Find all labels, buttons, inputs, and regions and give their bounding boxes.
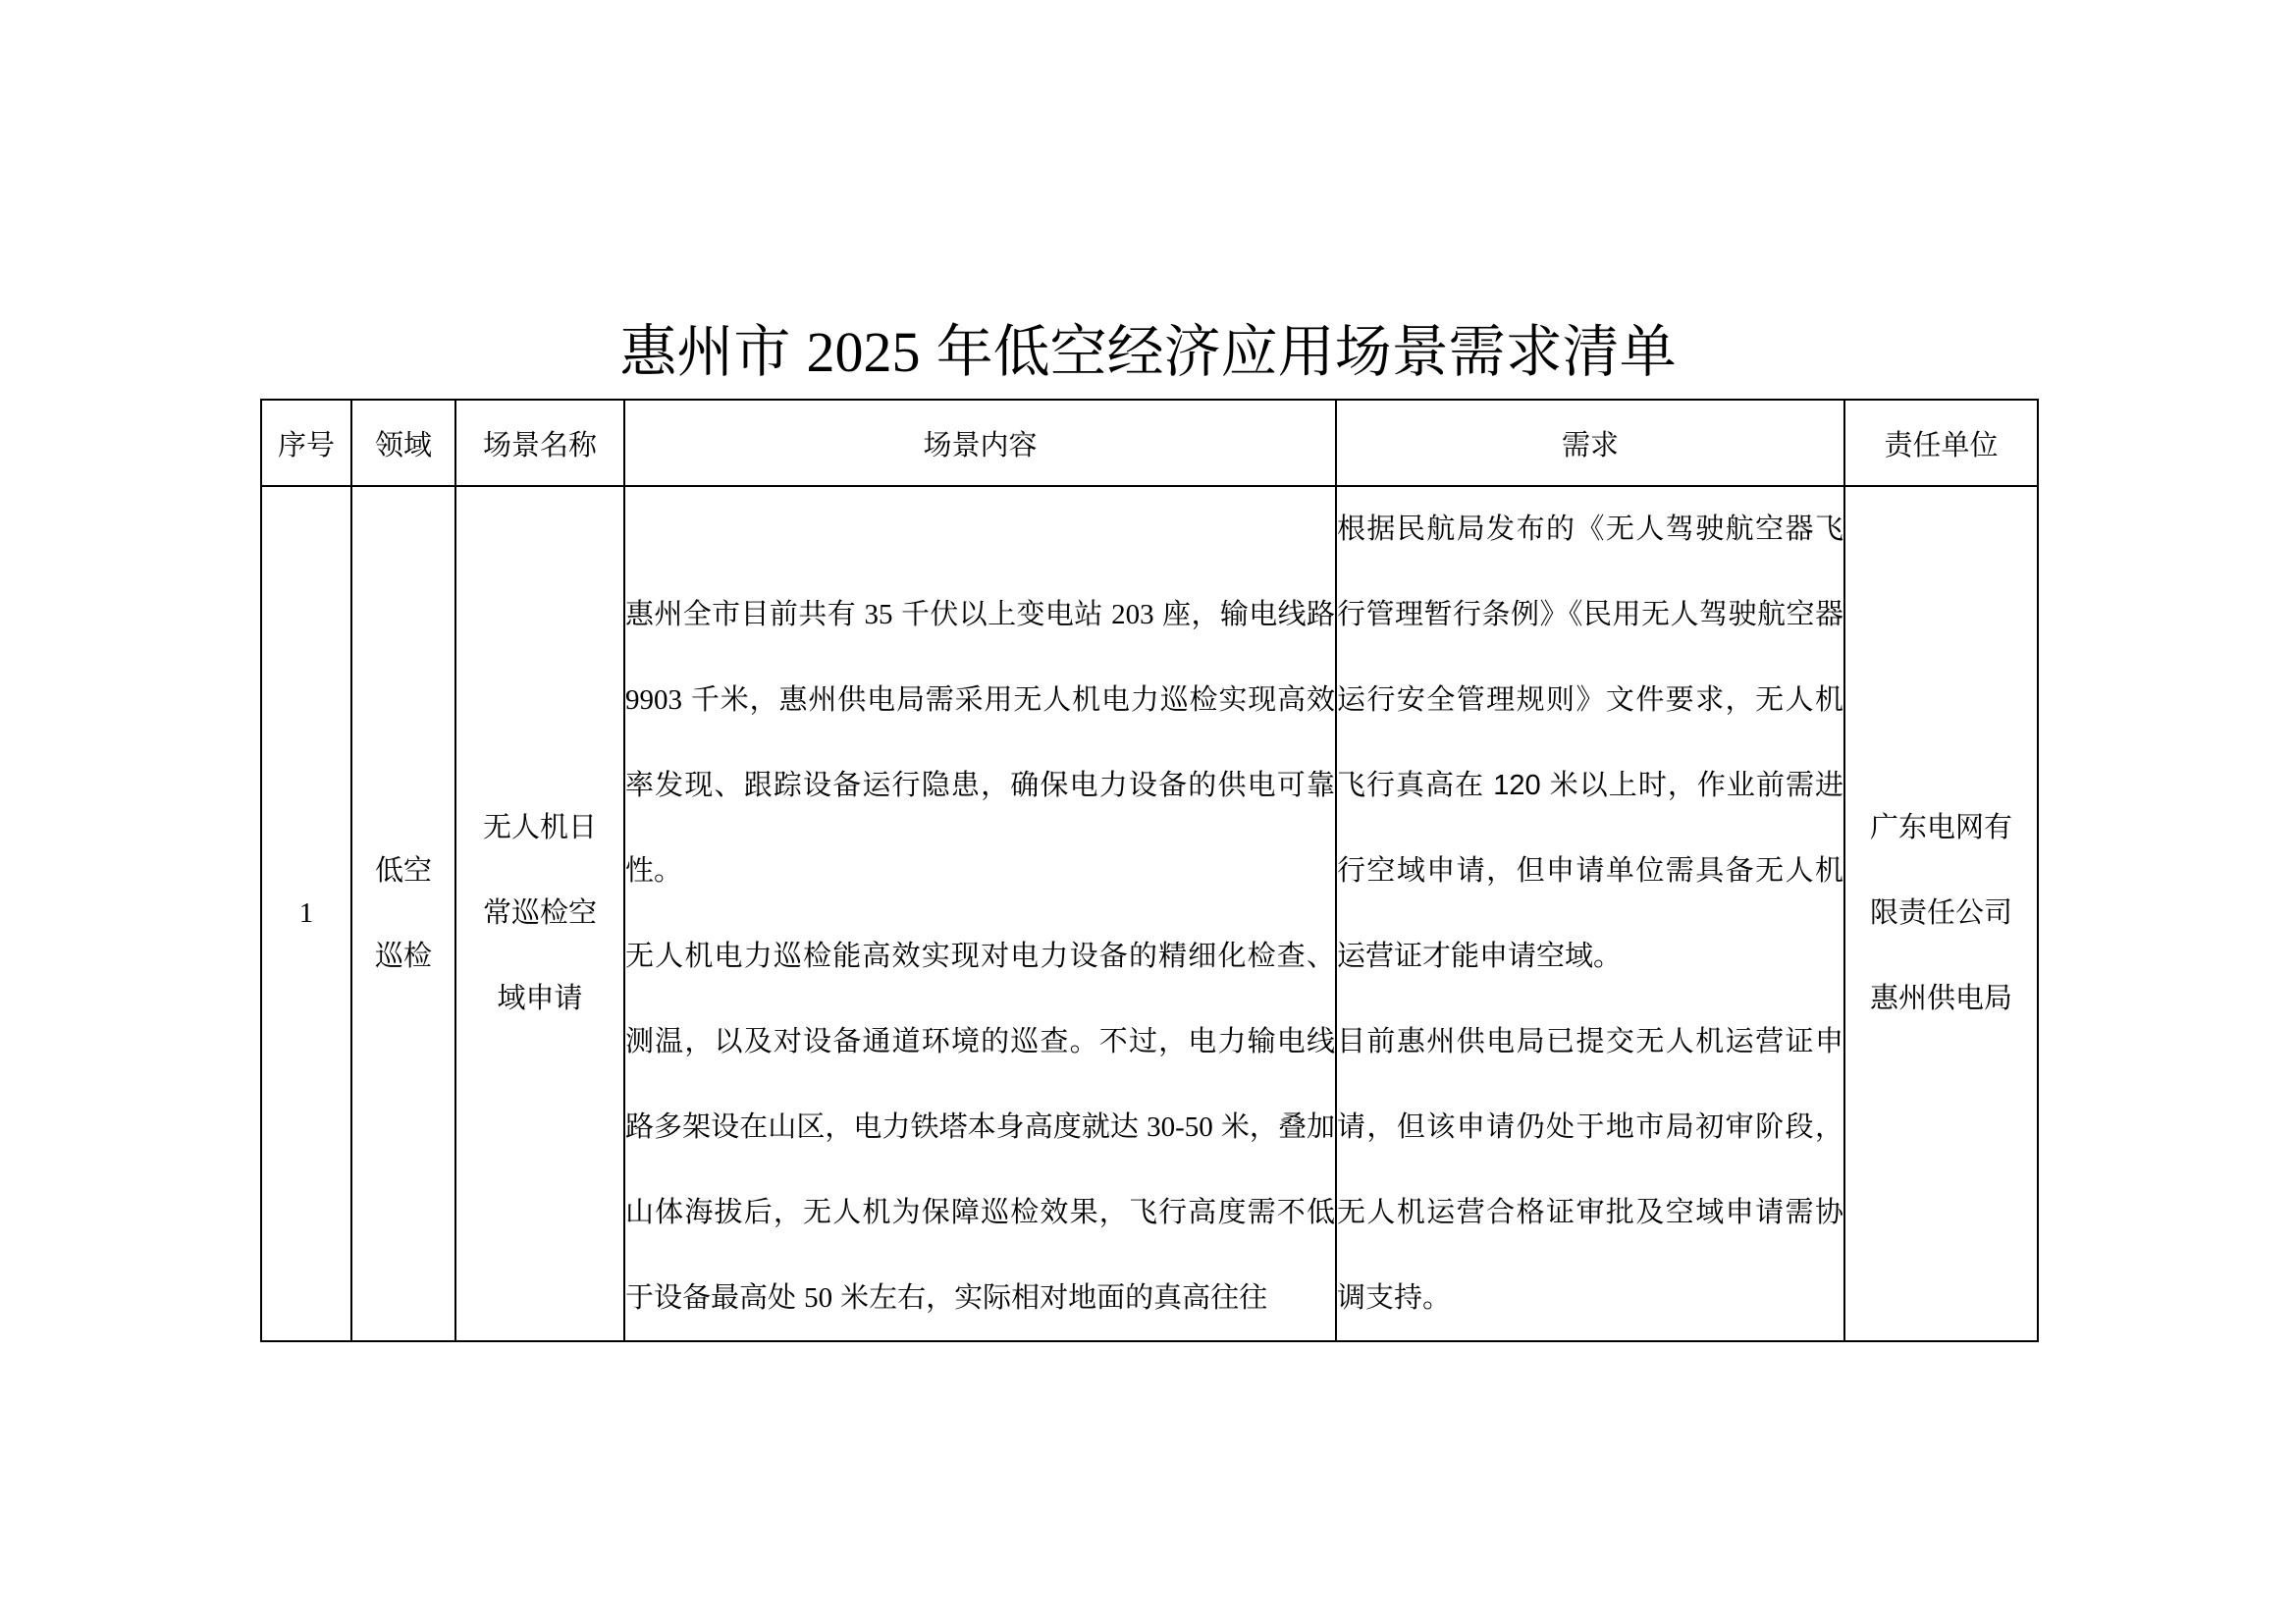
number-run: 120 bbox=[1493, 770, 1540, 801]
paragraph: 目前惠州供电局已提交无人机运营证申请，但该申请仍处于地市局初审阶段，无人机运营合… bbox=[1337, 1000, 1843, 1340]
cell-index: 1 bbox=[261, 486, 351, 1341]
header-cell-index: 序号 bbox=[261, 400, 351, 486]
cell-scenario-content: 惠州全市目前共有 35 千伏以上变电站 203 座，输电线路 9903 千米，惠… bbox=[624, 486, 1336, 1341]
cell-text-line: 广东电网有 bbox=[1845, 785, 2037, 871]
header-cell-scenario-name: 场景名称 bbox=[455, 400, 624, 486]
cell-scenario-name: 无人机日常巡检空域申请 bbox=[455, 486, 624, 1341]
cell-text-line: 域申请 bbox=[456, 956, 623, 1042]
paragraph: 无人机电力巡检能高效实现对电力设备的精细化检查、测温，以及对设备通道环境的巡查。… bbox=[625, 914, 1335, 1340]
paragraph: 根据民航局发布的《无人驾驶航空器飞行管理暂行条例》《民用无人驾驶航空器运行安全管… bbox=[1337, 487, 1843, 1000]
demand-table: 序号 领域 场景名称 场景内容 需求 责任单位 1 低空巡检 无人机日常巡检空域… bbox=[260, 399, 2039, 1342]
header-cell-demand: 需求 bbox=[1336, 400, 1844, 486]
number-run: 1 bbox=[299, 897, 314, 929]
cell-responsible-unit: 广东电网有限责任公司惠州供电局 bbox=[1844, 486, 2038, 1341]
document-page: { "title": "惠州市 2025 年低空经济应用场景需求清单", "ta… bbox=[0, 0, 2296, 1624]
cell-text-line: 无人机日 bbox=[456, 785, 623, 871]
number-run: 2025 bbox=[807, 320, 921, 384]
paragraph: 惠州全市目前共有 35 千伏以上变电站 203 座，输电线路 9903 千米，惠… bbox=[625, 572, 1335, 914]
cell-text-line: 低空 bbox=[352, 829, 454, 914]
cell-field: 低空巡检 bbox=[351, 486, 455, 1341]
table-header-row: 序号 领域 场景名称 场景内容 需求 责任单位 bbox=[261, 400, 2038, 486]
header-cell-field: 领域 bbox=[351, 400, 455, 486]
header-cell-scenario-content: 场景内容 bbox=[624, 400, 1336, 486]
number-run: 203 bbox=[1111, 599, 1154, 630]
number-run: 30-50 bbox=[1147, 1111, 1213, 1143]
scenario-content-text: 惠州全市目前共有 35 千伏以上变电站 203 座，输电线路 9903 千米，惠… bbox=[625, 487, 1335, 1340]
cell-text-line: 限责任公司 bbox=[1845, 871, 2037, 956]
demand-text: 根据民航局发布的《无人驾驶航空器飞行管理暂行条例》《民用无人驾驶航空器运行安全管… bbox=[1337, 487, 1843, 1340]
cell-text-line: 惠州供电局 bbox=[1845, 956, 2037, 1042]
page-title: 惠州市 2025 年低空经济应用场景需求清单 bbox=[0, 318, 2296, 387]
number-run: 9903 bbox=[625, 684, 682, 716]
table-row: 1 低空巡检 无人机日常巡检空域申请 惠州全市目前共有 35 千伏以上变电站 2… bbox=[261, 486, 2038, 1341]
number-run: 35 bbox=[865, 599, 893, 630]
cell-text-line: 常巡检空 bbox=[456, 871, 623, 956]
cell-demand: 根据民航局发布的《无人驾驶航空器飞行管理暂行条例》《民用无人驾驶航空器运行安全管… bbox=[1336, 486, 1844, 1341]
cell-text-line: 巡检 bbox=[352, 914, 454, 1000]
header-cell-responsible-unit: 责任单位 bbox=[1844, 400, 2038, 486]
number-run: 50 bbox=[804, 1282, 832, 1314]
